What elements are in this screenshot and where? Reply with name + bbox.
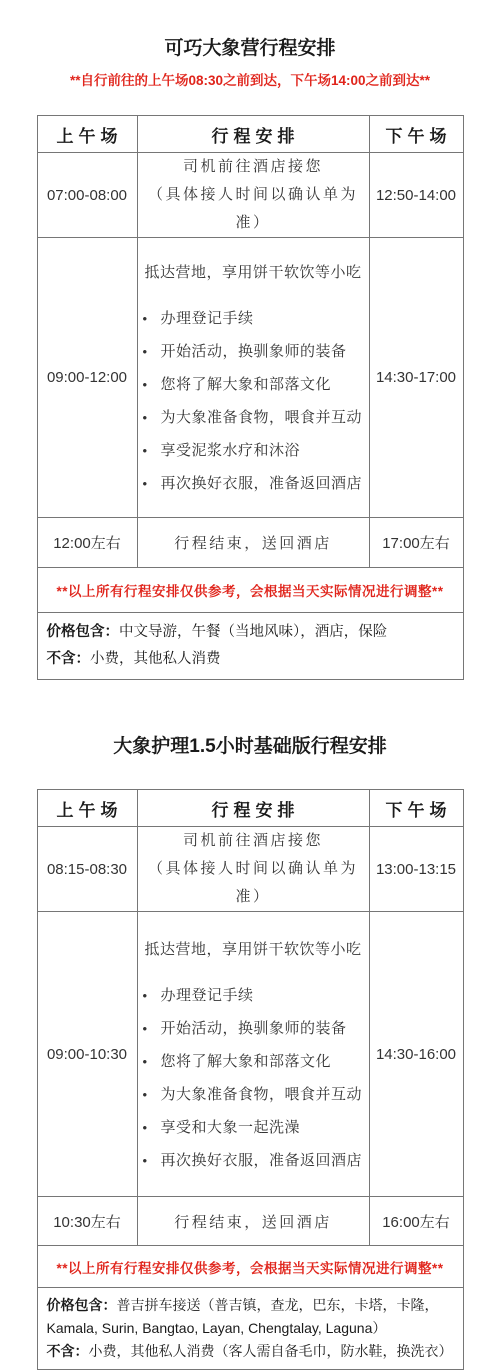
section-title: 可巧大象营行程安排 [0,0,500,62]
morning-time-cell: 07:00-08:00 [37,153,137,238]
morning-time-cell: 10:30左右 [37,1197,137,1246]
afternoon-time-cell: 14:30-17:00 [369,238,463,518]
itinerary-bullet: 开始活动，换驯象师的装备 [138,342,369,362]
activity-bullets: 办理登记手续 开始活动，换驯象师的装备 您将了解大象和部落文化 为大象准备食物，… [138,986,369,1171]
header-row: 上午场 行程安排 下午场 [37,790,463,827]
price-excludes-text: 小费，其他私人消费 [90,651,221,667]
itinerary-bullet: 您将了解大象和部落文化 [138,1052,369,1072]
table-row: 09:00-10:30 抵达营地，享用饼干软饮等小吃 办理登记手续 开始活动，换… [37,912,463,1197]
column-header-morning: 上午场 [37,116,137,153]
price-excludes-text: 小费，其他私人消费（客人需自备毛巾，防水鞋，换洗衣） [89,1343,453,1359]
arrival-notice: **自行前往的上午场08:30之前到达，下午场14:00之前到达** [0,72,500,90]
morning-time-cell: 09:00-12:00 [37,238,137,518]
column-header-morning: 上午场 [37,790,137,827]
pickup-line2: （具体接人时间以确认单为准） [138,181,369,237]
price-row: 价格包含：中文导游，午餐（当地风味），酒店，保险 不含：小费，其他私人消费 [37,613,463,680]
column-header-afternoon: 下午场 [369,790,463,827]
activity-intro: 抵达营地，享用饼干软饮等小吃 [138,261,369,282]
price-includes-label: 价格包含： [47,624,120,640]
itinerary-bullet: 再次换好衣服，准备返回酒店 [138,1151,369,1171]
column-header-itinerary: 行程安排 [137,116,369,153]
section-basic-care: 大象护理1.5小时基础版行程安排 上午场 行程安排 下午场 08:15-08:3… [0,680,500,1370]
schedule-disclaimer: **以上所有行程安排仅供参考，会根据当天实际情况进行调整** [37,568,463,613]
schedule-disclaimer: **以上所有行程安排仅供参考，会根据当天实际情况进行调整** [37,1246,463,1288]
afternoon-time-cell: 12:50-14:00 [369,153,463,238]
price-includes-label: 价格包含： [47,1297,117,1313]
itinerary-bullet: 再次换好衣服，准备返回酒店 [138,474,369,494]
schedule-table: 上午场 行程安排 下午场 07:00-08:00 司机前往酒店接您 （具体接人时… [37,115,464,680]
itinerary-bullet: 享受泥浆水疗和沐浴 [138,441,369,461]
column-header-itinerary: 行程安排 [137,790,369,827]
itinerary-document: 可巧大象营行程安排 **自行前往的上午场08:30之前到达，下午场14:00之前… [0,0,500,1370]
price-cell: 价格包含：普吉拼车接送（普吉镇，查龙，巴东，卡塔，卡隆，Kamala, Suri… [37,1288,463,1370]
afternoon-time-cell: 16:00左右 [369,1197,463,1246]
afternoon-time-cell: 17:00左右 [369,518,463,568]
itinerary-bullet: 为大象准备食物，喂食并互动 [138,1085,369,1105]
morning-time-cell: 08:15-08:30 [37,827,137,912]
itinerary-bullet: 开始活动，换驯象师的装备 [138,1019,369,1039]
table-row: 12:00左右 行程结束，送回酒店 17:00左右 [37,518,463,568]
pickup-cell: 司机前往酒店接您 （具体接人时间以确认单为准） [137,153,369,238]
activity-bullets: 办理登记手续 开始活动，换驯象师的装备 您将了解大象和部落文化 为大象准备食物，… [138,309,369,494]
end-cell: 行程结束，送回酒店 [137,518,369,568]
itinerary-bullet: 享受和大象一起洗澡 [138,1118,369,1138]
pickup-line2: （具体接人时间以确认单为准） [138,855,369,911]
price-excludes-label: 不含： [47,651,91,667]
price-includes-text: 中文导游，午餐（当地风味），酒店，保险 [119,624,387,640]
section-kochang-camp: 可巧大象营行程安排 **自行前往的上午场08:30之前到达，下午场14:00之前… [0,0,500,680]
schedule-table: 上午场 行程安排 下午场 08:15-08:30 司机前往酒店接您 （具体接人时… [37,789,464,1370]
footnote-row: **以上所有行程安排仅供参考，会根据当天实际情况进行调整** [37,568,463,613]
morning-time-cell: 12:00左右 [37,518,137,568]
itinerary-bullet: 为大象准备食物，喂食并互动 [138,408,369,428]
activity-cell: 抵达营地，享用饼干软饮等小吃 办理登记手续 开始活动，换驯象师的装备 您将了解大… [137,912,369,1197]
pickup-line1: 司机前往酒店接您 [138,827,369,855]
price-cell: 价格包含：中文导游，午餐（当地风味），酒店，保险 不含：小费，其他私人消费 [37,613,463,680]
footnote-row: **以上所有行程安排仅供参考，会根据当天实际情况进行调整** [37,1246,463,1288]
price-includes: 价格包含：普吉拼车接送（普吉镇，查龙，巴东，卡塔，卡隆，Kamala, Suri… [47,1294,454,1340]
table-row: 09:00-12:00 抵达营地，享用饼干软饮等小吃 办理登记手续 开始活动，换… [37,238,463,518]
price-excludes: 不含：小费，其他私人消费（客人需自备毛巾，防水鞋，换洗衣） [47,1340,454,1363]
afternoon-time-cell: 13:00-13:15 [369,827,463,912]
price-row: 价格包含：普吉拼车接送（普吉镇，查龙，巴东，卡塔，卡隆，Kamala, Suri… [37,1288,463,1370]
end-cell: 行程结束，送回酒店 [137,1197,369,1246]
pickup-cell: 司机前往酒店接您 （具体接人时间以确认单为准） [137,827,369,912]
header-row: 上午场 行程安排 下午场 [37,116,463,153]
itinerary-bullet: 办理登记手续 [138,986,369,1006]
morning-time-cell: 09:00-10:30 [37,912,137,1197]
section-title: 大象护理1.5小时基础版行程安排 [0,680,500,760]
price-includes: 价格包含：中文导游，午餐（当地风味），酒店，保险 [47,619,454,646]
price-excludes-label: 不含： [47,1343,89,1359]
pickup-line1: 司机前往酒店接您 [138,153,369,181]
activity-intro: 抵达营地，享用饼干软饮等小吃 [138,938,369,959]
table-row: 10:30左右 行程结束，送回酒店 16:00左右 [37,1197,463,1246]
table-row: 07:00-08:00 司机前往酒店接您 （具体接人时间以确认单为准） 12:5… [37,153,463,238]
itinerary-bullet: 您将了解大象和部落文化 [138,375,369,395]
table-row: 08:15-08:30 司机前往酒店接您 （具体接人时间以确认单为准） 13:0… [37,827,463,912]
column-header-afternoon: 下午场 [369,116,463,153]
afternoon-time-cell: 14:30-16:00 [369,912,463,1197]
price-excludes: 不含：小费，其他私人消费 [47,646,454,673]
activity-cell: 抵达营地，享用饼干软饮等小吃 办理登记手续 开始活动，换驯象师的装备 您将了解大… [137,238,369,518]
itinerary-bullet: 办理登记手续 [138,309,369,329]
